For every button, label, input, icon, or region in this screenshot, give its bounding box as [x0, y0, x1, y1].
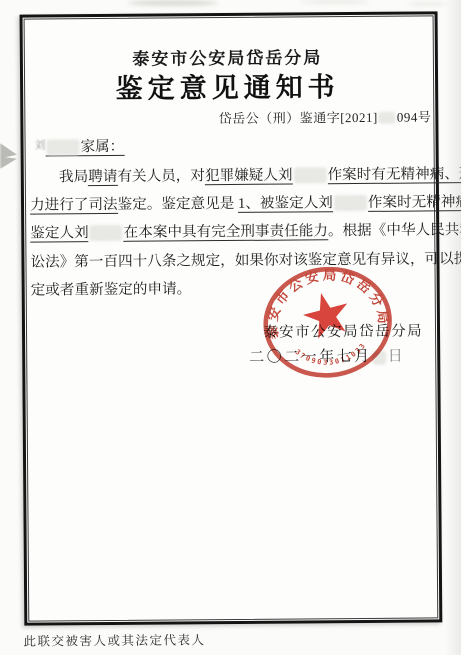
redaction-blur — [334, 195, 367, 211]
body-text-segment: 鉴定人刘 — [30, 226, 89, 243]
body-text-segment: 讼法》第一百四十八条之规定，如果你对该鉴定意见有异议，可以提出补充鉴 — [30, 250, 461, 270]
body-text-segment: 在本案中具有完全刑事责任能力 — [124, 224, 328, 243]
body-text-segment: 作案时有无精神病、刑事责任能 — [327, 166, 461, 185]
redaction-blur — [293, 167, 326, 183]
document-title: 鉴定意见通知书 — [20, 64, 435, 106]
document-number-prefix: 岱岳公（刑）鉴通字[2021] — [219, 110, 378, 126]
redaction-blur — [379, 112, 396, 124]
body-text-segment: 力进行了司法 — [30, 197, 118, 215]
body-text-line: 鉴定人刘在本案中具有完全刑事责任能力。根据《中华人民共和国刑事诉 — [30, 217, 436, 248]
redaction-blur — [90, 225, 123, 241]
copy-distribution-note: 此联交被害人或其法定代表人 — [23, 630, 205, 649]
body-text-segment: 定或者重新鉴定的申请。 — [31, 281, 192, 298]
body-text-segment: 我局 — [59, 169, 88, 185]
document-number-suffix: 094号 — [397, 109, 432, 124]
body-text-segment: 。根据《中华人民共和国刑事诉 — [328, 222, 461, 240]
body-text-segment: 鉴定。鉴定意见是 — [118, 196, 239, 213]
document-number: 岱岳公（刑）鉴通字[2021]094号 — [219, 106, 432, 127]
body-text-segment: 聘请 — [88, 169, 117, 186]
page-scan: 泰安市公安局岱岳分局 鉴定意见通知书 岱岳公（刑）鉴通字[2021]094号 刘… — [0, 0, 461, 655]
addressee-line: 刘家属： — [34, 135, 124, 157]
scanned-police-notice-page: { "doc": { "org_header": "泰安市公安局岱岳分局", "… — [0, 0, 461, 655]
addressee-name-fragment: 刘 — [35, 139, 46, 151]
body-text-line: 力进行了司法鉴定。鉴定意见是 1、被鉴定人刘作案时无精神病；2、被 — [30, 189, 436, 220]
body-text-segment: 犯罪嫌疑人刘 — [205, 168, 293, 186]
scan-edge-shading — [445, 0, 461, 655]
body-text-segment: 1、被鉴定人刘 — [238, 195, 333, 213]
scan-smudge — [300, 0, 370, 4]
redaction-blur — [47, 139, 80, 155]
body-text-line: 我局聘请有关人员，对犯罪嫌疑人刘作案时有无精神病、刑事责任能 — [30, 160, 436, 191]
addressee-label: 家属： — [81, 139, 125, 155]
seal-star-icon — [299, 287, 354, 340]
scan-smudge — [128, 0, 218, 6]
scan-smudge — [408, 2, 448, 6]
body-text-segment: 有关人员，对 — [117, 168, 205, 185]
official-red-seal: 泰安市公安局岱岳分局 3709033011033 — [253, 258, 404, 393]
